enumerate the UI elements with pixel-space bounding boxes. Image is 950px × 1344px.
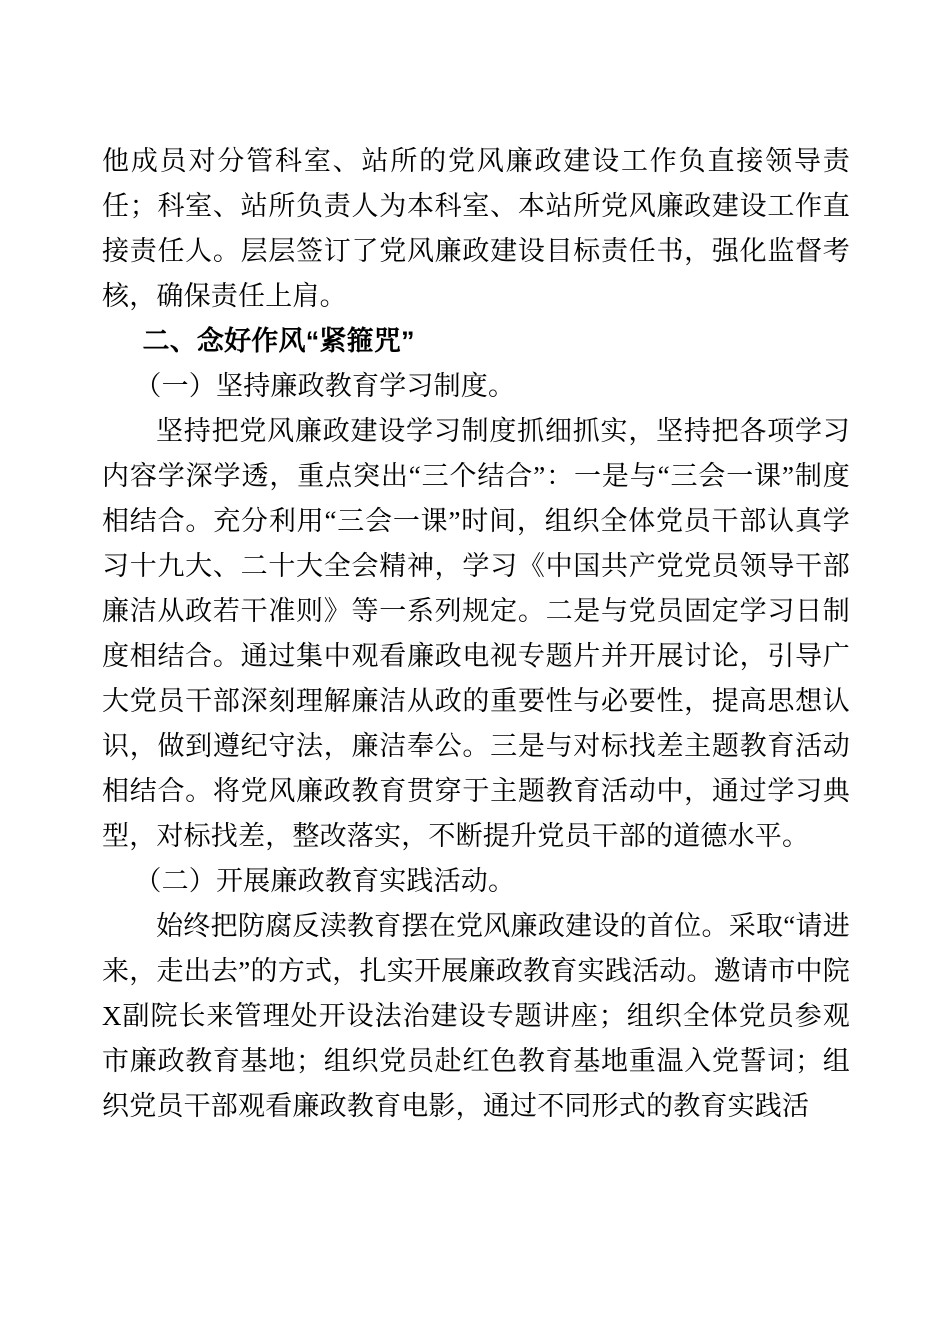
sub-section-heading: （一）坚持廉政教育学习制度。 — [102, 364, 850, 409]
body-paragraph: 始终把防腐反渎教育摆在党风廉政建设的首位。采取“请进来，走出去”的方式，扎实开展… — [102, 904, 850, 1129]
document-content: 他成员对分管科室、站所的党风廉政建设工作负直接领导责任；科室、站所负责人为本科室… — [102, 139, 850, 1129]
section-heading: 二、念好作风“紧箍咒” — [102, 319, 850, 364]
body-paragraph: 坚持把党风廉政建设学习制度抓细抓实，坚持把各项学习内容学深学透，重点突出“三个结… — [102, 409, 850, 859]
body-paragraph: 他成员对分管科室、站所的党风廉政建设工作负直接领导责任；科室、站所负责人为本科室… — [102, 139, 850, 319]
document-page: 他成员对分管科室、站所的党风廉政建设工作负直接领导责任；科室、站所负责人为本科室… — [0, 0, 950, 1344]
sub-section-heading: （二）开展廉政教育实践活动。 — [102, 859, 850, 904]
